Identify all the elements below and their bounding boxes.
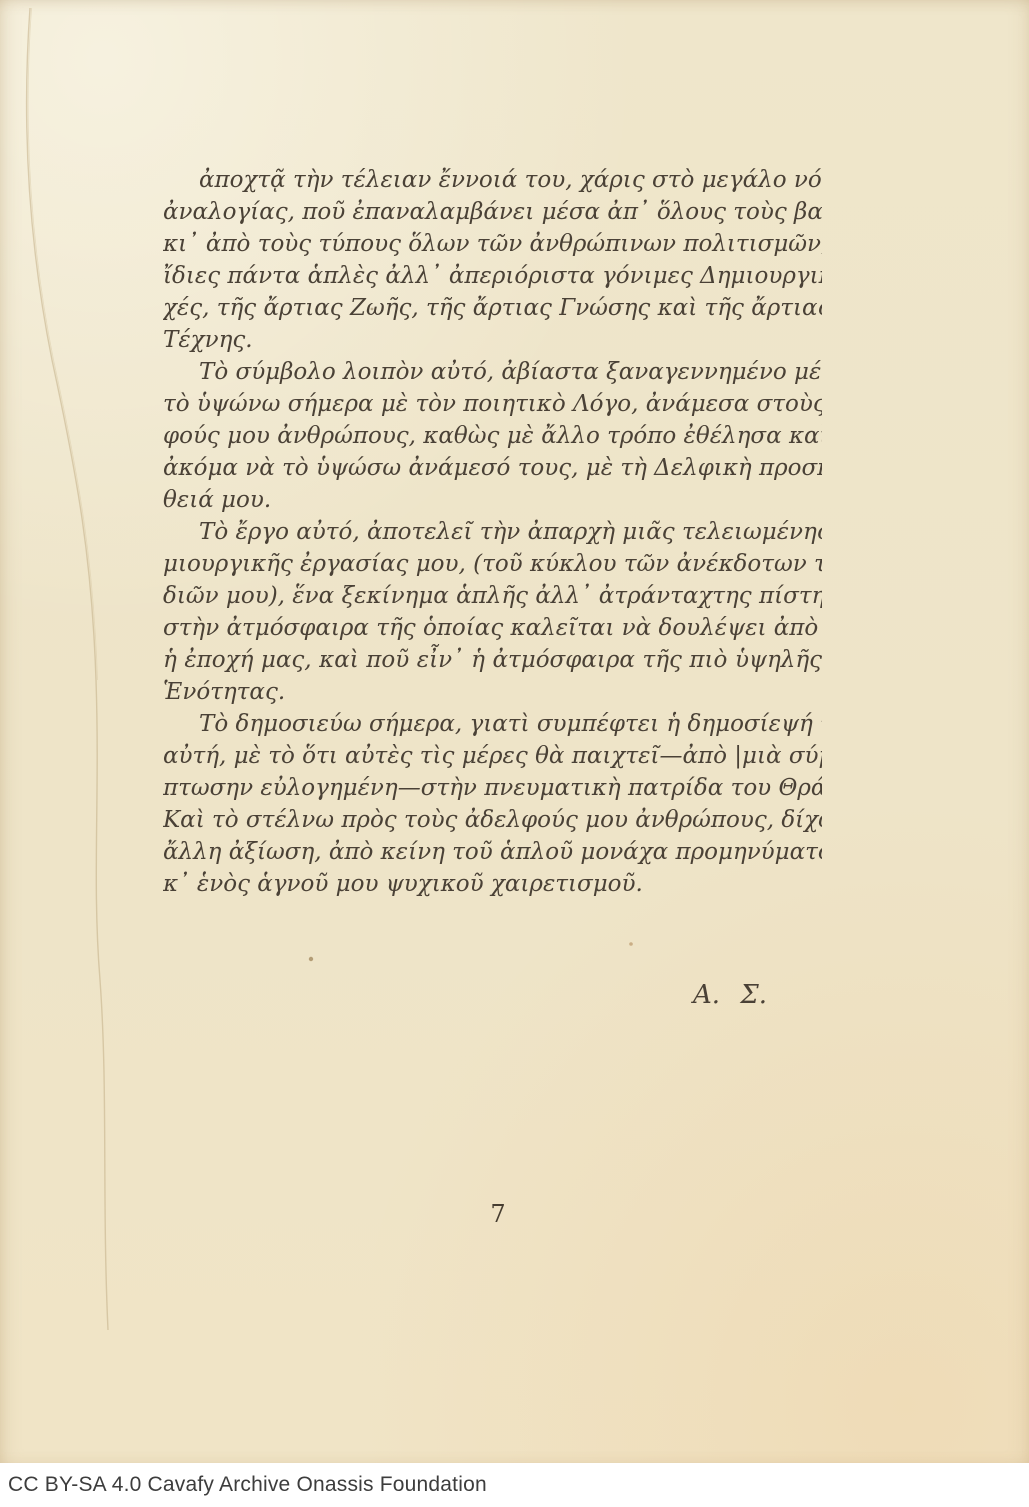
text-line: ἴδιες πάντα ἁπλὲς ἀλλ᾽ ἀπεριόριστα γόνιμ… bbox=[163, 260, 822, 292]
text-line: Τὸ σύμβολο λοιπὸν αὐτό, ἀβίαστα ξαναγενν… bbox=[163, 356, 822, 388]
license-bar: CC BY-SA 4.0 Cavafy Archive Onassis Foun… bbox=[0, 1463, 1029, 1507]
paragraph-3: Τὸ ἔργο αὐτό, ἀποτελεῖ τὴν ἀπαρχὴ μιᾶς τ… bbox=[163, 516, 822, 708]
page-number: 7 bbox=[0, 1200, 996, 1228]
author-initials: Α. Σ. bbox=[640, 980, 820, 1010]
text-line: ἡ ἐποχή μας, καὶ ποῦ εἶν᾽ ἡ ἀτμόσφαιρα τ… bbox=[163, 644, 822, 676]
page-text: ἀποχτᾷ τὴν τέλειαν ἔννοιά του, χάρις στὸ… bbox=[163, 164, 822, 900]
text-line: χές, τῆς ἄρτιας Ζωῆς, τῆς ἄρτιας Γνώσης … bbox=[163, 292, 822, 324]
text-line: Τέχνης. bbox=[163, 324, 822, 356]
paragraph-1: ἀποχτᾷ τὴν τέλειαν ἔννοιά του, χάρις στὸ… bbox=[163, 164, 822, 356]
text-line: αὐτή, μὲ τὸ ὅτι αὐτὲς τὶς μέρες θὰ παιχτ… bbox=[163, 740, 822, 772]
text-line: πτωσην εὐλογημένη—στὴν πνευματικὴ πατρίδ… bbox=[163, 772, 822, 804]
text-line: ἀποχτᾷ τὴν τέλειαν ἔννοιά του, χάρις στὸ… bbox=[163, 164, 822, 196]
text-line: θειά μου. bbox=[163, 484, 822, 516]
license-text: CC BY-SA 4.0 Cavafy Archive Onassis Foun… bbox=[0, 1473, 487, 1497]
text-line: κι᾽ ἀπὸ τοὺς τύπους ὅλων τῶν ἀνθρώπινων … bbox=[163, 228, 822, 260]
text-line: Καὶ τὸ στέλνω πρὸς τοὺς ἀδελφούς μου ἀνθ… bbox=[163, 804, 822, 836]
text-line: κ᾽ ἑνὸς ἁγνοῦ μου ψυχικοῦ χαιρετισμοῦ. bbox=[163, 868, 822, 900]
text-line: Τὸ ἔργο αὐτό, ἀποτελεῖ τὴν ἀπαρχὴ μιᾶς τ… bbox=[163, 516, 822, 548]
foxing-speck bbox=[309, 957, 313, 961]
text-line: διῶν μου), ἕνα ξεκίνημα ἁπλῆς ἀλλ᾽ ἀτράν… bbox=[163, 580, 822, 612]
text-line: μιουργικῆς ἐργασίας μου, (τοῦ κύκλου τῶν… bbox=[163, 548, 822, 580]
text-line: τὸ ὑψώνω σήμερα μὲ τὸν ποιητικὸ Λόγο, ἀν… bbox=[163, 388, 822, 420]
foxing-speck bbox=[629, 942, 633, 946]
text-line: ἄλλη ἀξίωση, ἀπὸ κείνη τοῦ ἁπλοῦ μονάχα … bbox=[163, 836, 822, 868]
text-line: Τὸ δημοσιεύω σήμερα, γιατὶ συμπέφτει ἡ δ… bbox=[163, 708, 822, 740]
text-line: ἀναλογίας, ποῦ ἐπαναλαμβάνει μέσα ἀπ᾽ ὅλ… bbox=[163, 196, 822, 228]
text-line: ἀκόμα νὰ τὸ ὑψώσω ἀνάμεσό τους, μὲ τὴ Δε… bbox=[163, 452, 822, 484]
text-line: στὴν ἀτμόσφαιρα τῆς ὁποίας καλεῖται νὰ δ… bbox=[163, 612, 822, 644]
text-line: Ἑνότητας. bbox=[163, 676, 822, 708]
paragraph-2: Τὸ σύμβολο λοιπὸν αὐτό, ἀβίαστα ξαναγενν… bbox=[163, 356, 822, 516]
book-page-scan: ἀποχτᾷ τὴν τέλειαν ἔννοιά του, χάρις στὸ… bbox=[0, 0, 1029, 1463]
paragraph-4: Τὸ δημοσιεύω σήμερα, γιατὶ συμπέφτει ἡ δ… bbox=[163, 708, 822, 900]
text-line: φούς μου ἀνθρώπους, καθὼς μὲ ἄλλο τρόπο … bbox=[163, 420, 822, 452]
